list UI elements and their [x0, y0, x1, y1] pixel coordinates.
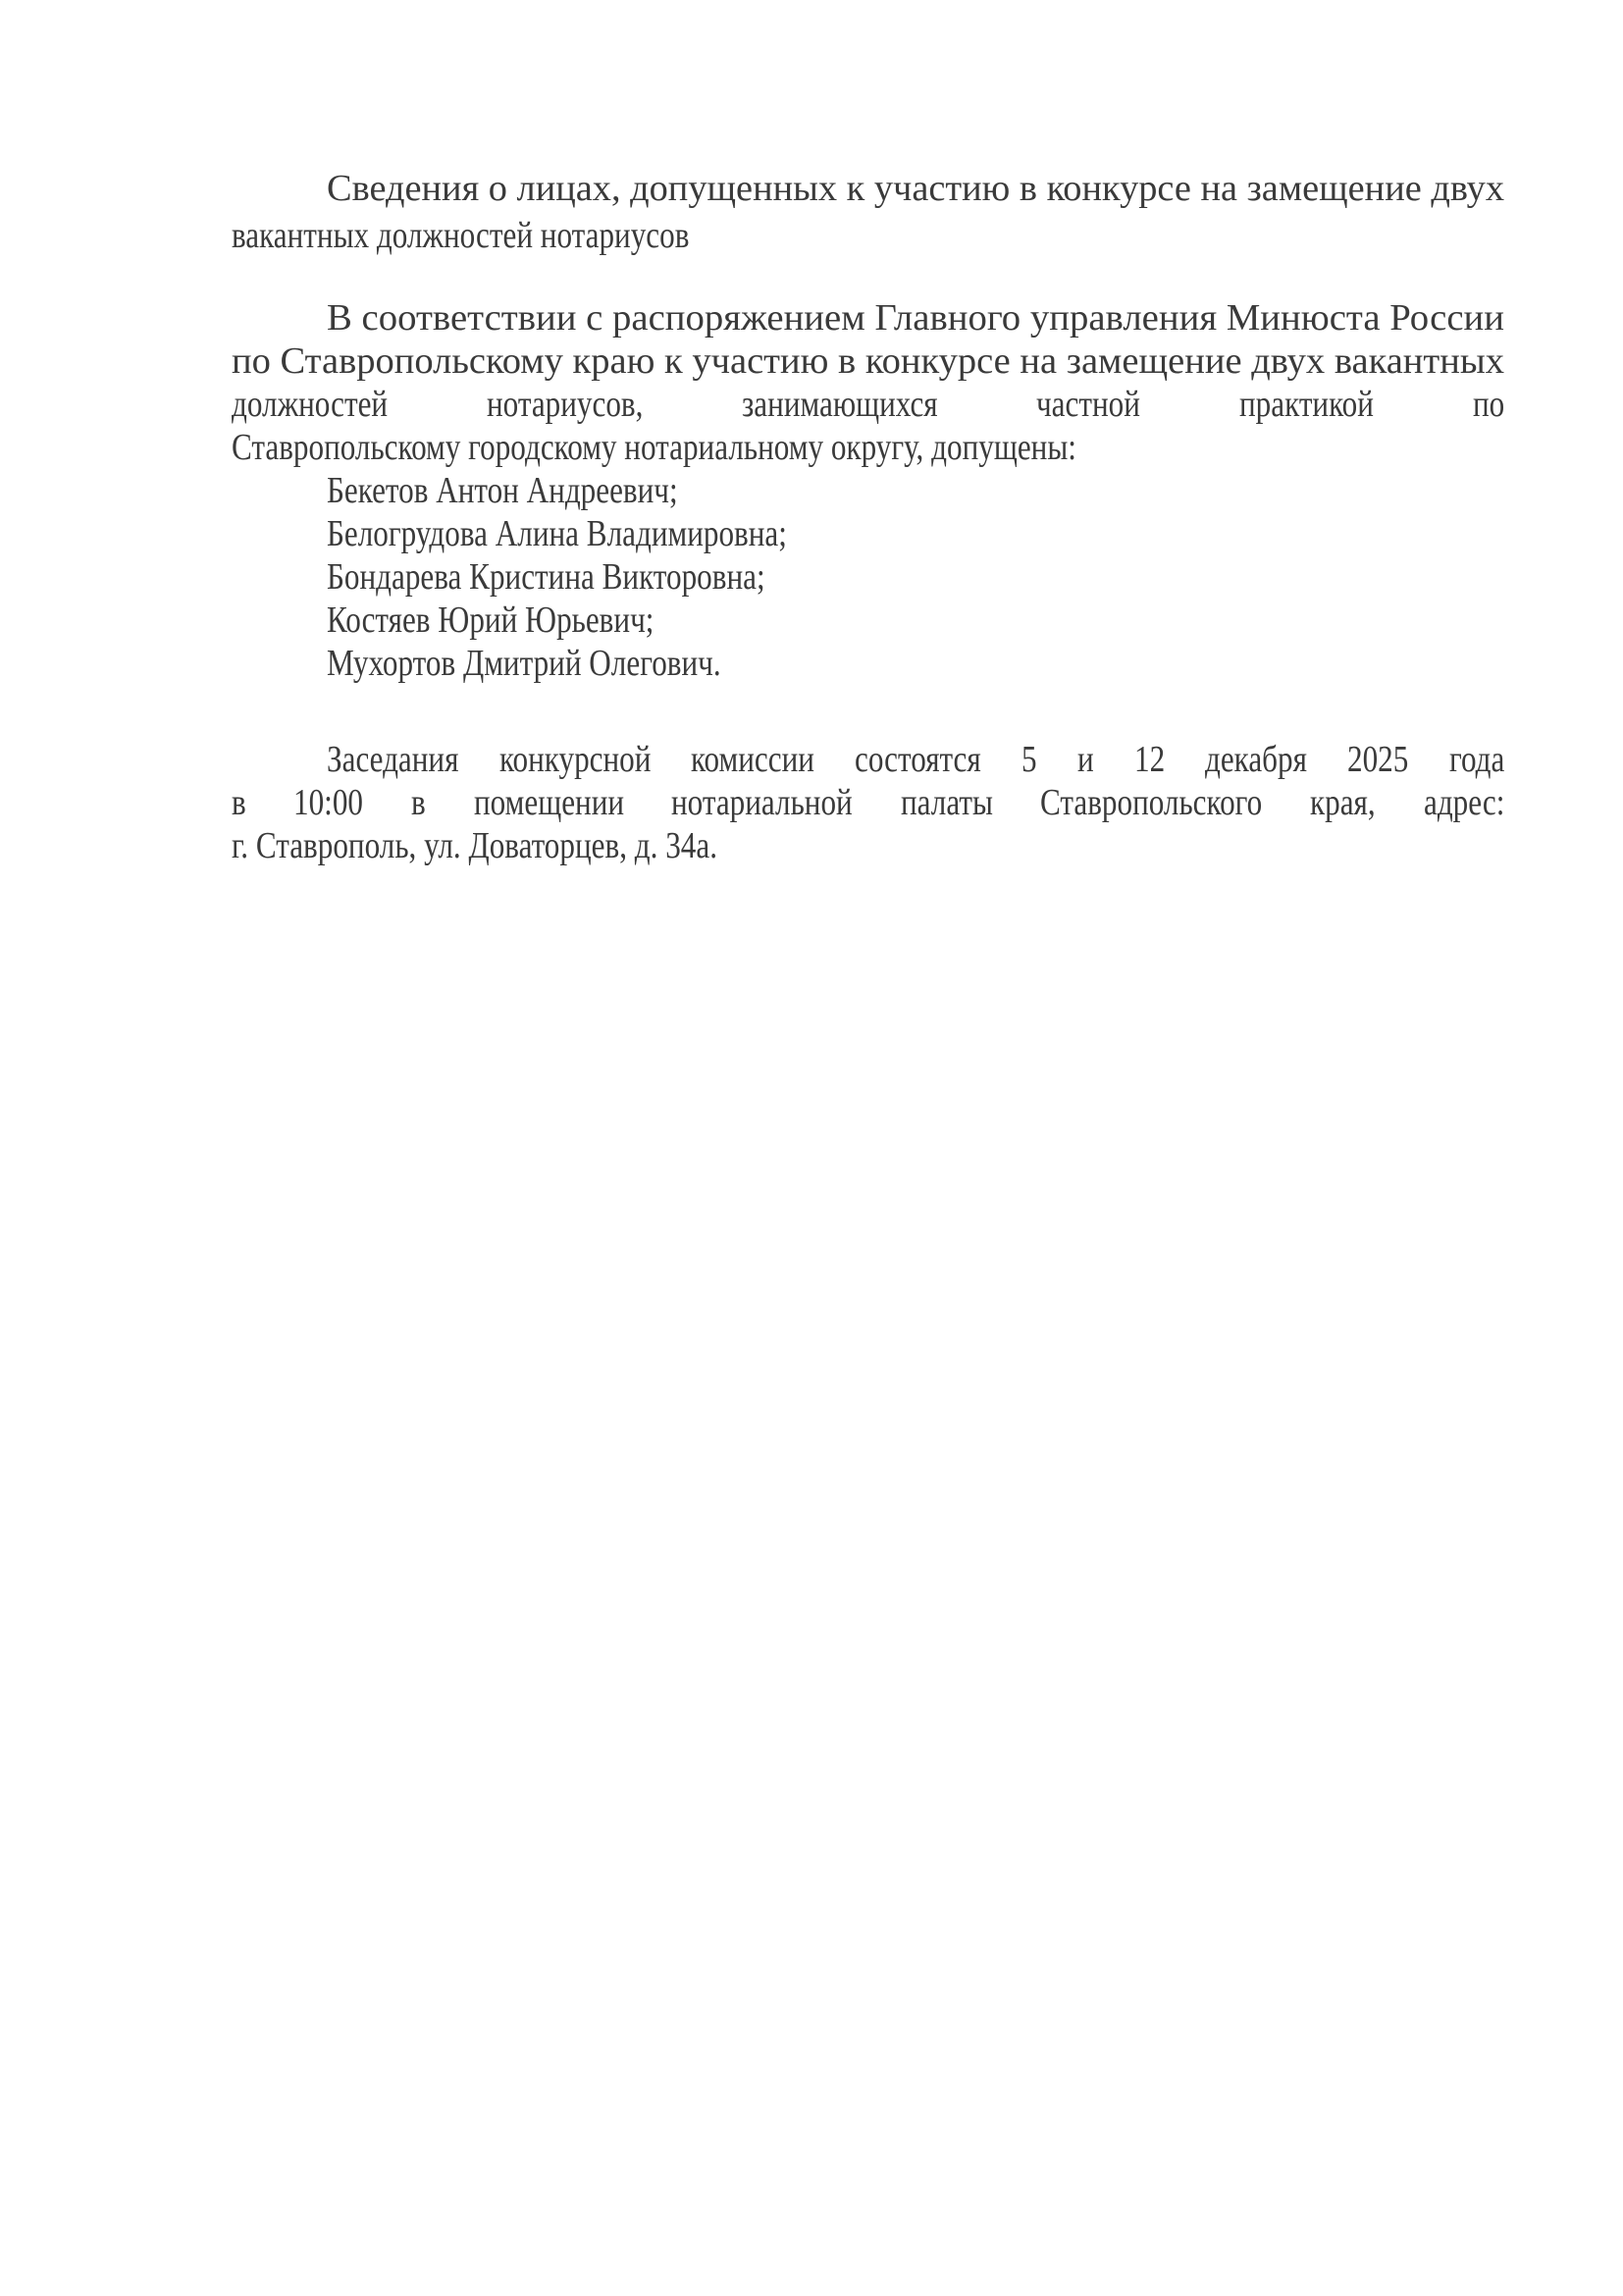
word: палаты	[901, 781, 976, 824]
document-page: Сведения о лицах, допущенных к участию в…	[0, 0, 1623, 2296]
word: комиссии	[691, 738, 792, 781]
paragraph1-line-4: Ставропольскому городскому нотариальному…	[232, 426, 1504, 469]
heading-line-2: вакантных должностей нотариусов	[232, 212, 1504, 259]
word: в	[232, 781, 243, 824]
word: по	[1473, 383, 1498, 426]
word: 5	[1021, 738, 1034, 781]
word: в	[411, 781, 423, 824]
heading-line-1: Сведения о лицах, допущенных к участию в…	[232, 165, 1504, 212]
word: Заседания	[327, 738, 435, 781]
paragraph1-line-3: должностейнотариусов,занимающихсячастной…	[232, 383, 1504, 426]
word: года	[1449, 738, 1494, 781]
document-heading: Сведения о лицах, допущенных к участию в…	[232, 165, 1504, 259]
paragraph-commission-meeting: Заседанияконкурснойкомиссиисостоятся5и12…	[232, 738, 1504, 867]
list-item: Бондарева Кристина Викторовна;	[232, 555, 1504, 599]
word: Ставропольского	[1040, 781, 1222, 824]
word: частной	[1036, 383, 1122, 426]
word: адрес:	[1424, 781, 1491, 824]
list-item: Костяев Юрий Юрьевич;	[232, 599, 1504, 642]
word: нотариальной	[671, 781, 819, 824]
list-item: Бекетов Антон Андреевич;	[232, 469, 1504, 512]
word: состоятся	[855, 738, 959, 781]
paragraph2-line-2: в10:00впомещениинотариальнойпалатыСтавро…	[232, 781, 1504, 824]
word: нотариусов,	[487, 383, 615, 426]
list-item: Белогрудова Алина Владимировна;	[232, 512, 1504, 555]
word: 2025	[1347, 738, 1397, 781]
word: практикой	[1239, 383, 1349, 426]
paragraph-admission-basis: В соответствии с распоряжением Главного …	[232, 296, 1504, 469]
word: помещении	[474, 781, 598, 824]
word: должностей	[232, 383, 359, 426]
word: конкурсной	[499, 738, 624, 781]
paragraph1-line-1: В соответствии с распоряжением Главного …	[232, 296, 1504, 339]
paragraph2-line-3: г. Ставрополь, ул. Доваторцев, д. 34а.	[232, 824, 1504, 867]
word: занимающихся	[742, 383, 903, 426]
admitted-persons-list: Бекетов Антон Андреевич; Белогрудова Али…	[232, 469, 1504, 685]
paragraph1-line-2: по Ставропольскому краю к участию в конк…	[232, 339, 1504, 383]
paragraph2-line-1: Заседанияконкурснойкомиссиисостоятся5и12…	[232, 738, 1504, 781]
word: и	[1077, 738, 1091, 781]
word: 12	[1134, 738, 1160, 781]
word: декабря	[1205, 738, 1288, 781]
word: края,	[1310, 781, 1364, 824]
list-item: Мухортов Дмитрий Олегович.	[232, 642, 1504, 685]
word: 10:00	[293, 781, 350, 824]
